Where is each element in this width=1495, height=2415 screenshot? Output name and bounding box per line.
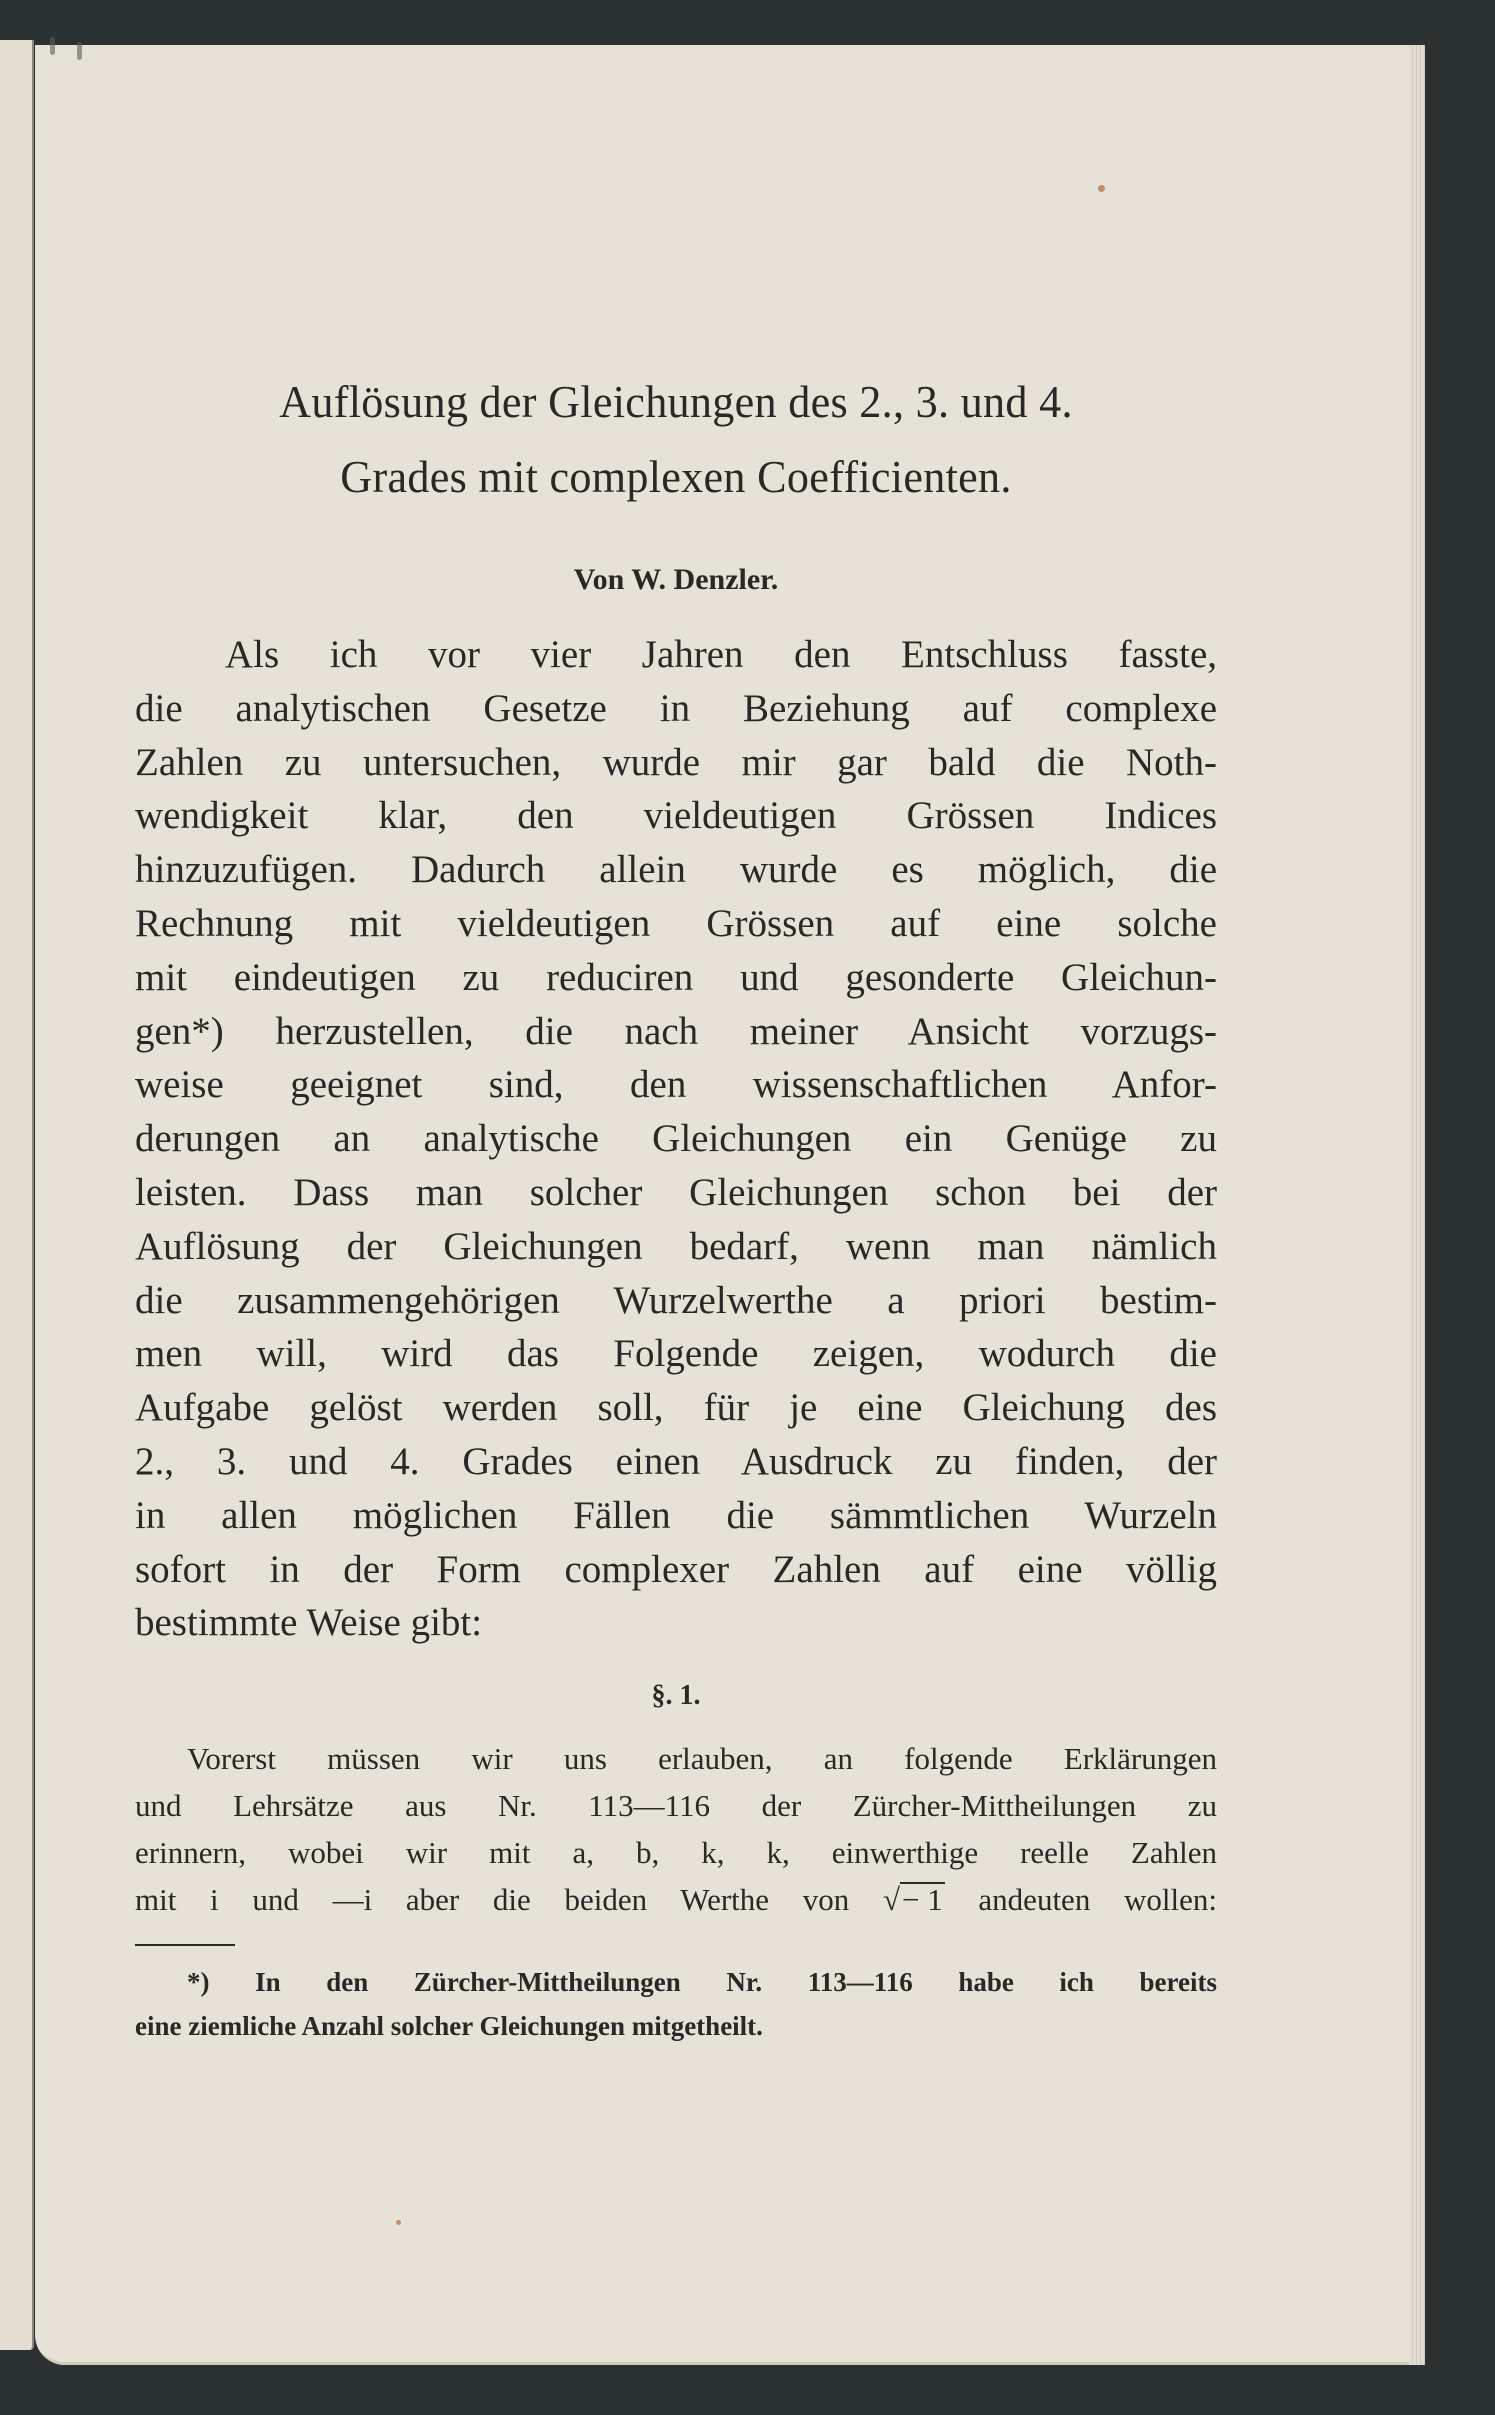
footnote-line: eine ziemliche Anzahl solcher Gleichunge…	[135, 2004, 1217, 2048]
section-line-text: mit i und —i aber die beiden Werthe von	[135, 1882, 849, 1917]
page-stack-edge	[1409, 45, 1425, 2365]
body-line: Zahlen zu untersuchen, wurde mir gar bal…	[135, 736, 1217, 790]
article-title-line-2: Grades mit complexen Coefficienten.	[157, 450, 1196, 503]
body-line: men will, wird das Folgende zeigen, wodu…	[135, 1327, 1217, 1381]
body-line: leisten. Dass man solcher Gleichungen sc…	[135, 1166, 1217, 1220]
body-line: wendigkeit klar, den vieldeutigen Grösse…	[135, 789, 1217, 843]
body-line: 2., 3. und 4. Grades einen Ausdruck zu f…	[135, 1435, 1217, 1489]
body-line: hinzuzufügen. Dadurch allein wurde es mö…	[135, 843, 1217, 897]
adjacent-page-edge	[0, 40, 34, 2350]
section-line: erinnern, wobei wir mit a, b, k, k, einw…	[135, 1829, 1217, 1876]
footnote-divider	[135, 1944, 235, 1946]
body-line: sofort in der Form complexer Zahlen auf …	[135, 1543, 1217, 1597]
body-line: die analytischen Gesetze in Beziehung au…	[135, 682, 1217, 736]
footnote: *) In den Zürcher-Mittheilungen Nr. 113—…	[135, 1960, 1217, 2048]
paper-stain	[396, 2220, 401, 2225]
section-line: und Lehrsätze aus Nr. 113—116 der Zürche…	[135, 1782, 1217, 1829]
body-line: bestimmte Weise gibt:	[135, 1596, 1217, 1650]
sqrt-radicand: − 1	[900, 1882, 945, 1917]
section-line-text: andeuten wollen:	[978, 1882, 1217, 1917]
section-heading: §. 1.	[135, 1680, 1217, 1712]
body-paragraph: Als ich vor vier Jahren den Entschluss f…	[135, 628, 1217, 1650]
body-line: Aufgabe gelöst werden soll, für je eine …	[135, 1381, 1217, 1435]
body-line: mit eindeutigen zu reduciren und gesonde…	[135, 951, 1217, 1005]
body-line: weise geeignet sind, den wissenschaftlic…	[135, 1058, 1217, 1112]
sqrt-symbol: √	[883, 1882, 900, 1917]
body-line: Als ich vor vier Jahren den Entschluss f…	[135, 628, 1217, 682]
body-line: Rechnung mit vieldeutigen Grössen auf ei…	[135, 897, 1217, 951]
body-line: die zusammengehörigen Wurzelwerthe a pri…	[135, 1274, 1217, 1328]
body-line: in allen möglichen Fällen die sämmtliche…	[135, 1489, 1217, 1543]
paper-stain	[1098, 185, 1105, 192]
footnote-line: *) In den Zürcher-Mittheilungen Nr. 113—…	[135, 1960, 1217, 2004]
book-page: Auflösung der Gleichungen des 2., 3. und…	[35, 45, 1425, 2365]
pencil-mark	[77, 42, 82, 60]
body-line: gen*) herzustellen, die nach meiner Ansi…	[135, 1005, 1217, 1059]
section-paragraph: Vorerst müssen wir uns erlauben, an folg…	[135, 1735, 1217, 1923]
article-author: Von W. Denzler.	[135, 563, 1217, 597]
body-line: Auflösung der Gleichungen bedarf, wenn m…	[135, 1220, 1217, 1274]
article-title-line-1: Auflösung der Gleichungen des 2., 3. und…	[157, 375, 1196, 428]
section-line-with-sqrt: mit i und —i aber die beiden Werthe von …	[135, 1876, 1217, 1923]
body-line: derungen an analytische Gleichungen ein …	[135, 1112, 1217, 1166]
section-line: Vorerst müssen wir uns erlauben, an folg…	[135, 1735, 1217, 1782]
pencil-mark	[50, 37, 55, 55]
